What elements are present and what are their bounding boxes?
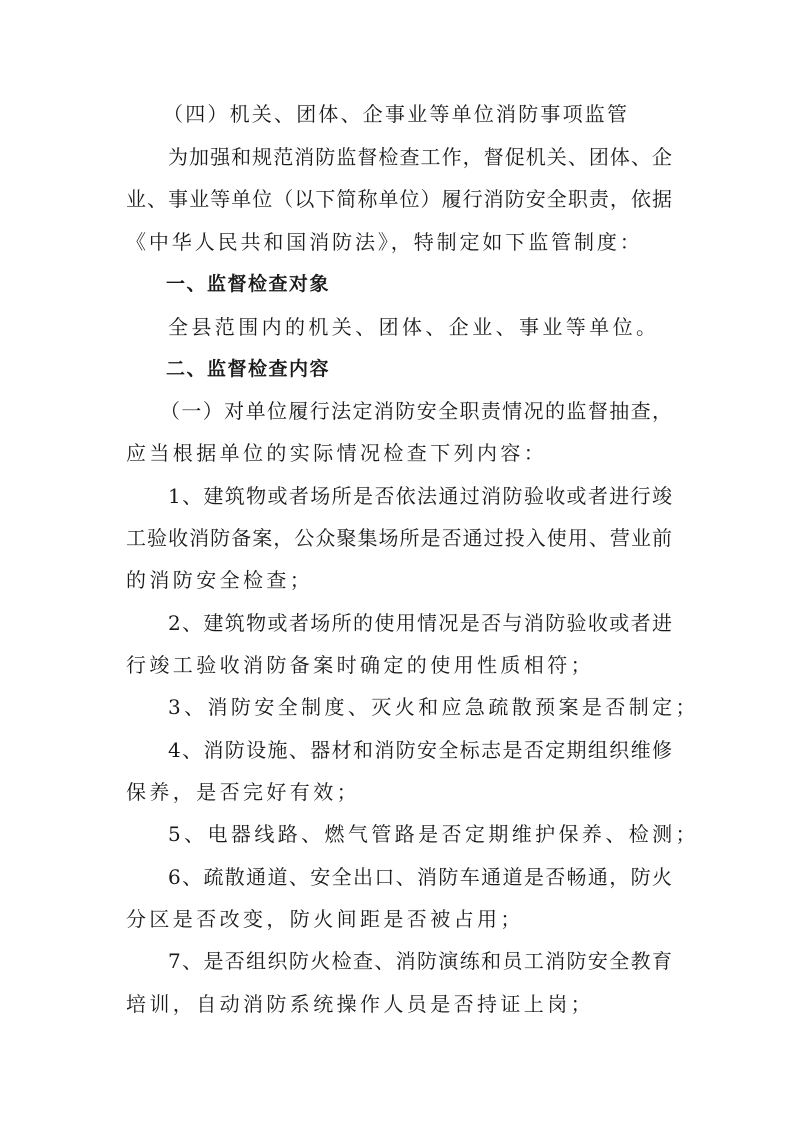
item-5-line-1: 5、电器线路、燃气管路是否定期维护保养、检测； [168,821,672,847]
item-7-line-1: 7、是否组织防火检查、消防演练和员工消防安全教育 [168,948,672,974]
intro-line-3: 《中华人民共和国消防法》，特制定如下监管制度： [126,229,672,255]
item-1-line-1: 1、建筑物或者场所是否依法通过消防验收或者进行竣 [168,483,672,509]
section-heading-1: 一、监督检查对象 [166,271,712,297]
section-heading-2: 二、监督检查内容 [166,356,712,382]
subsection-1-line-1: （一）对单位履行法定消防安全职责情况的监督抽查， [160,398,672,424]
document-page: （四）机关、团体、企事业等单位消防事项监管 为加强和规范消防监督检查工作，督促机… [0,0,793,1122]
item-2-line-2: 行竣工验收消防备案时确定的使用性质相符； [126,652,672,678]
subsection-1-line-2: 应当根据单位的实际情况检查下列内容： [126,440,672,466]
section-1-body: 全县范围内的机关、团体、企业、事业等单位。 [168,314,672,340]
item-1-line-3: 的消防安全检查； [126,567,672,593]
item-7-line-2: 培训，自动消防系统操作人员是否持证上岗； [126,991,672,1017]
item-2-line-1: 2、建筑物或者场所的使用情况是否与消防验收或者进 [168,610,672,636]
document-title: （四）机关、团体、企事业等单位消防事项监管 [163,101,709,127]
item-4-line-1: 4、消防设施、器材和消防安全标志是否定期组织维修 [168,737,672,763]
item-3-line-1: 3、消防安全制度、灭火和应急疏散预案是否制定； [168,694,672,720]
item-1-line-2: 工验收消防备案，公众聚集场所是否通过投入使用、营业前 [126,525,672,551]
intro-line-1: 为加强和规范消防监督检查工作，督促机关、团体、企 [168,144,672,170]
item-4-line-2: 保养，是否完好有效； [126,779,672,805]
item-6-line-2: 分区是否改变，防火间距是否被占用； [126,906,672,932]
intro-line-2: 业、事业等单位（以下简称单位）履行消防安全职责，依据 [126,186,672,212]
item-6-line-1: 6、疏散通道、安全出口、消防车通道是否畅通，防火 [168,864,672,890]
